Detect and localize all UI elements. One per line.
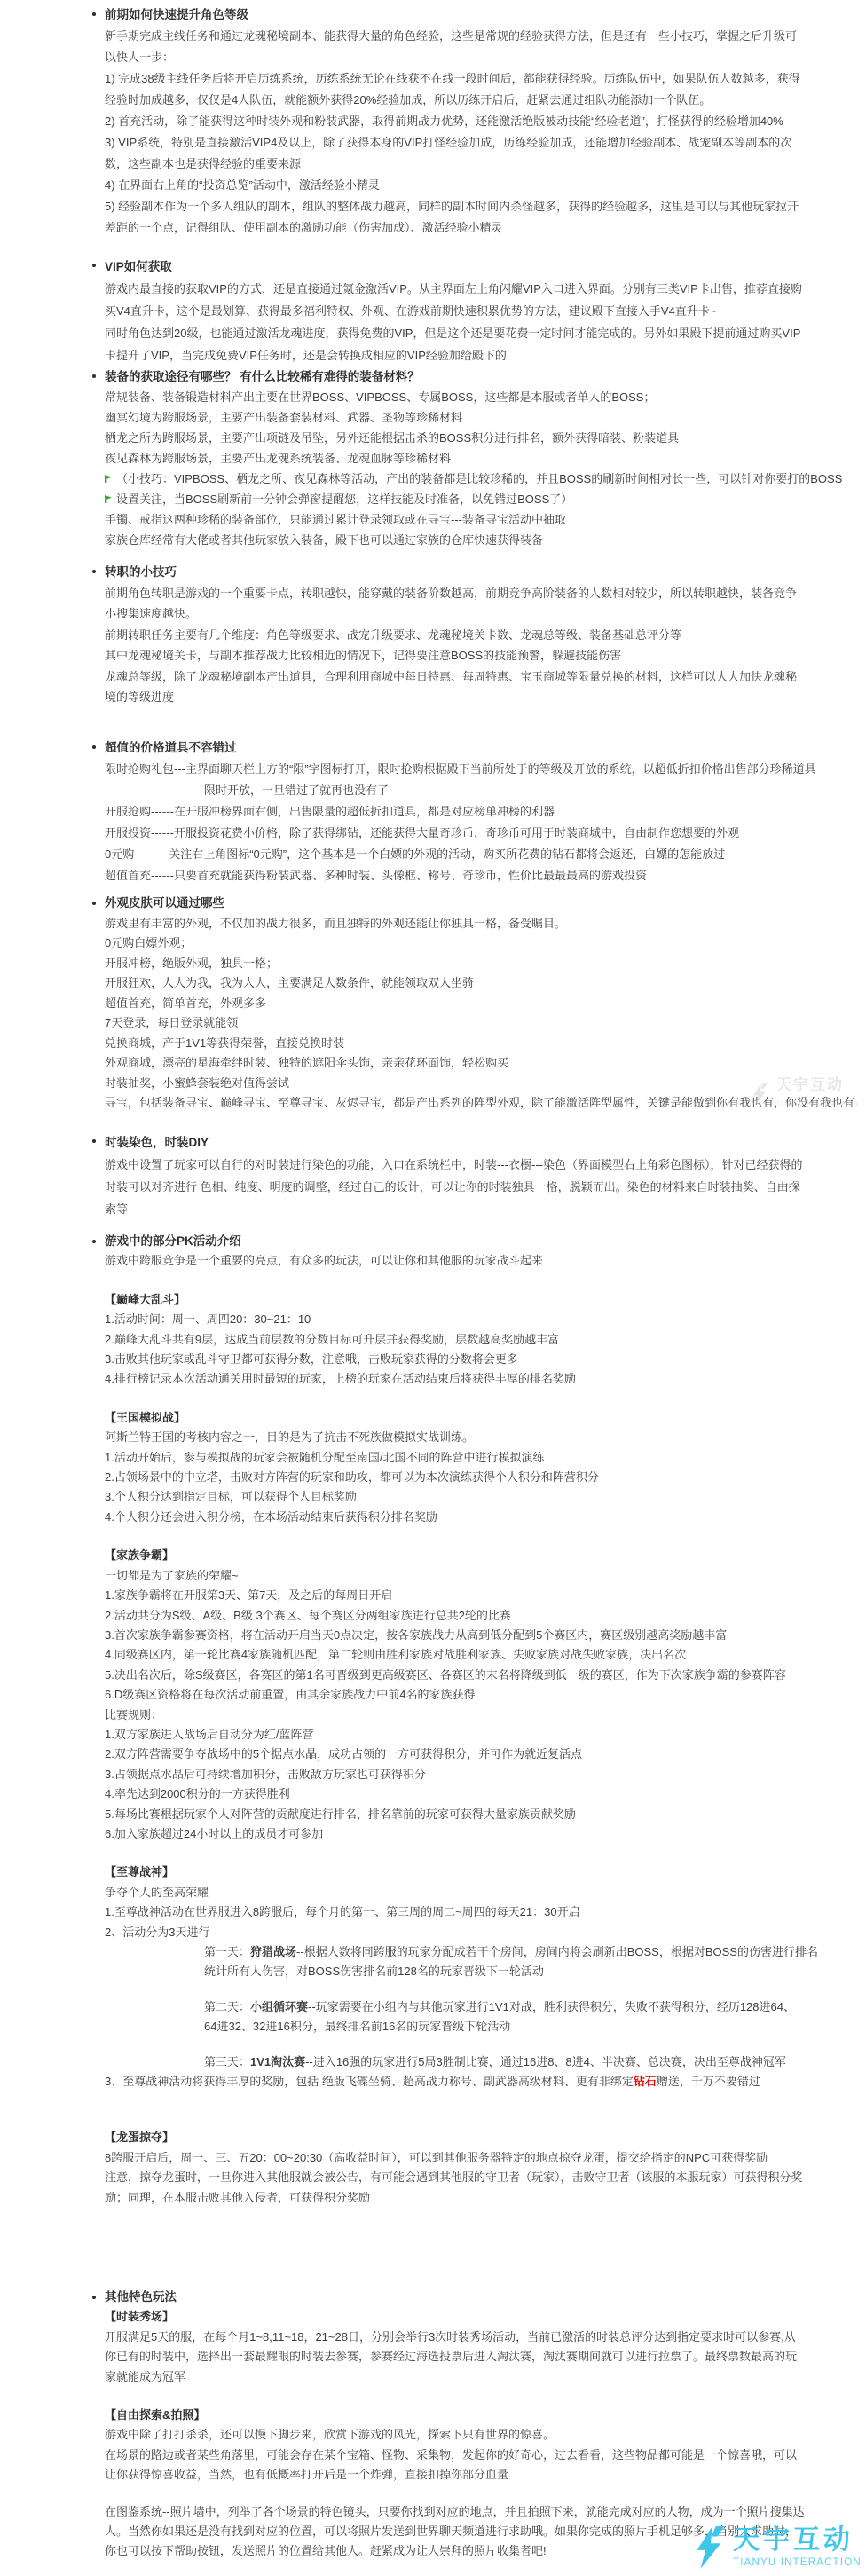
text-line: 3) VIP系统，特别是直接激活VIP4及以上，除了获得本身的VIP打怪经验加成…	[105, 132, 806, 175]
section-title: 装备的获取途径有哪些？ 有什么比较稀有难得的装备材料？	[105, 366, 806, 387]
text-run: 前期转职任务主要有几个维度：角色等级要求、战宠升级要求、龙魂秘境关卡数、龙魂总等…	[105, 628, 681, 642]
text-run: 2.占领场景中的中立塔，击败对方阵营的玩家和助攻，都可以为本次演练获得个人积分和…	[105, 1470, 599, 1484]
text-run: 3.首次家族争霸参赛资格，将在活动开启当天0点决定，按各家族战力从高到低分配到5…	[105, 1628, 727, 1642]
text-run: 夜见森林为跨服场景，主要产出龙魂系统装备、龙魂血脉等珍稀材料	[105, 452, 451, 465]
text-run: 游戏内最直接的获取VIP的方式，还是直接通过氪金激活VIP。从主界面左上角闪耀V…	[105, 282, 802, 318]
text-run: 栖龙之所为跨服场景，主要产出项链及吊坠，另外还能根据击杀的BOSS积分进行排名，…	[105, 431, 679, 445]
text-run: 3.占领据点水晶后可持续增加积分，击败敌方玩家也可获得积分	[105, 1768, 426, 1781]
text-line: 前期角色转职是游戏的一个重要卡点，转职越快，能穿戴的装备阶数越高，前期竞争高阶装…	[105, 583, 806, 625]
text-line: 2.活动共分为S级、A级、B级 3个赛区、每个赛区分两组家族进行总共2轮的比赛	[105, 1606, 806, 1626]
text-run: 2、活动分为3天进行	[105, 1926, 209, 1939]
subsection-header: 【至尊战神】	[105, 1863, 806, 1882]
text-run: 【至尊战神】	[105, 1865, 174, 1879]
text-run: 5.决出名次后，除S级赛区，各赛区的第1名可晋级到更高级赛区、各赛区的末名将降级…	[105, 1668, 786, 1682]
section-title: VIP如何获取	[105, 256, 806, 278]
text-run: --根据人数将同跨服的玩家分配成若干个房间，房间内将会刷新出BOSS，根据对BO…	[296, 1945, 818, 1958]
text-line: 游戏中除了打打杀杀，还可以慢下脚步来，欣赏下游戏的风光，探索下只有世界的惊喜。	[105, 2425, 806, 2445]
text-run: --进入16强的玩家进行5局3胜制比赛，通过16进8、8进4、半决赛、总决赛，决…	[305, 2055, 786, 2068]
text-line: 龙魂总等级，除了龙魂秘境副本产出道具，合理利用商城中每日特惠、每周特惠、宝玉商城…	[105, 666, 806, 708]
text-line: 前期转职任务主要有几个维度：角色等级要求、战宠升级要求、龙魂秘境关卡数、龙魂总等…	[105, 625, 806, 646]
subsection-header: 【时装秀场】	[105, 2307, 806, 2327]
text-run: 4.同级赛区内，第一轮比赛4家族随机匹配，第二轮则由胜利家族对战胜利家族、失败家…	[105, 1648, 686, 1661]
text-line: 3.首次家族争霸参赛资格，将在活动开启当天0点决定，按各家族战力从高到低分配到5…	[105, 1626, 806, 1645]
text-run: 第二天：	[204, 2000, 250, 2013]
text-run: 4.率先达到2000积分的一方获得胜利	[105, 1787, 290, 1800]
text-line: 开服冲榜，绝版外观，独具一格；	[105, 954, 806, 974]
section-title: 游戏中的部分PK活动介绍	[105, 1232, 806, 1251]
text-line: 手镯、戒指这两种珍稀的装备部位，只能通过累计登录领取或在寻宝---装备寻宝活动中…	[105, 509, 806, 530]
text-run: 【家族争霸】	[105, 1548, 174, 1562]
text-run: 游戏里有丰富的外观，不仅加的战力很多，而且独特的外观还能让你独具一格，备受瞩目。	[105, 917, 566, 930]
text-run: 赠送，千万不要错过	[657, 2075, 760, 2088]
text-line: 0元购白嫖外观；	[105, 934, 806, 954]
section-vip: VIP如何获取游戏内最直接的获取VIP的方式，还是直接通过氪金激活VIP。从主界…	[105, 256, 806, 366]
spacer	[105, 1527, 806, 1546]
text-run: 限时开放，一旦错过了就再也没有了	[204, 784, 389, 797]
text-line: 0元购---------关注右上角图标“0元购”，这个基本是一个白嫖的外观的活动…	[105, 844, 806, 865]
spacer	[105, 1982, 806, 1997]
text-line: 游戏中设置了玩家可以自行的对时装进行染色的功能，入口在系统栏中，时装---衣橱-…	[105, 1154, 806, 1220]
text-run: 在场景的路边或者某些角落里，可能会存在某个宝箱、怪物、采集物，发起你的好奇心，过…	[105, 2448, 797, 2481]
text-line: 4) 在界面右上角的“投资总览”活动中，激活经验小精灵	[105, 175, 806, 196]
text-line: 超值首充，简单首充，外观多多	[105, 994, 806, 1014]
text-line: 1.活动时间：周一、周四20：30~21：10	[105, 1310, 806, 1329]
bullet-icon	[92, 1139, 96, 1143]
subsection-header: 【家族争霸】	[105, 1546, 806, 1565]
text-run: 1.至尊战神活动在世界服进入8跨服后，每个月的第一、第三周的周二~周四的每天21…	[105, 1905, 580, 1918]
text-line: 其中龙魂秘境关卡，与副本推荐战力比较相近的情况下，记得要注意BOSS的技能预警，…	[105, 645, 806, 666]
text-run: 统计所有人伤害，对BOSS伤害排名前128名的玩家晋级下一轮活动	[204, 1965, 544, 1978]
section-bargains: 超值的价格道具不容错过限时抢购礼包---主界面聊天栏上方的“限”字图标打开，限时…	[105, 737, 806, 886]
text-run: 小组循环赛	[250, 2000, 308, 2013]
text-run: 钻石	[634, 2075, 657, 2088]
text-line: 第三天：1V1淘汰赛--进入16强的玩家进行5局3胜制比赛，通过16进8、8进4…	[105, 2052, 806, 2072]
text-run: 开服投资------开服投资花费小价格，除了获得绑钻，还能获得大量奇珍币，奇珍币…	[105, 826, 739, 839]
text-line: 1.家族争霸将在开服第3天、第7天，及之后的每周日开启	[105, 1586, 806, 1605]
text-line: 夜见森林为跨服场景，主要产出龙魂系统装备、龙魂血脉等珍稀材料	[105, 448, 806, 469]
text-run: 5.每场比赛根据玩家个人对阵营的贡献度进行排名，排名靠前的玩家可获得大量家族贡献…	[105, 1808, 576, 1821]
text-run: --玩家需要在小组内与其他玩家进行1V1对战，胜利获得积分，失败不获得积分，经历…	[308, 2000, 795, 2013]
text-line: 比赛规则：	[105, 1706, 806, 1725]
text-run: 争夺个人的至高荣耀	[105, 1886, 209, 1899]
text-run: 开服满足5天的服，在每个月1~8,11~18，21~28日，分别会举行3次时装秀…	[105, 2330, 797, 2383]
text-line: 开服满足5天的服，在每个月1~8,11~18，21~28日，分别会举行3次时装秀…	[105, 2328, 806, 2387]
text-run: 新手期完成主线任务和通过龙魂秘境副本、能获得大量的角色经验，这些是常规的经验获得…	[105, 29, 797, 64]
text-line: 64进32、32进16积分，最终排名前16名的玩家晋级下轮活动	[105, 2017, 806, 2036]
section-skins: 外观皮肤可以通过哪些游戏里有丰富的外观，不仅加的战力很多，而且独特的外观还能让你…	[105, 894, 806, 1114]
text-line: 3.占领据点水晶后可持续增加积分，击败敌方玩家也可获得积分	[105, 1765, 806, 1784]
comment-marker-icon	[105, 495, 112, 503]
text-line: 1) 完成38级主线任务后将开启历练系统，历练系统无论在线获不在线一段时间后，都…	[105, 68, 806, 111]
text-line: 6.加入家族超过24小时以上的成员才可参加	[105, 1824, 806, 1844]
subsection-header: 【龙蛋掠夺】	[105, 2128, 806, 2147]
spacer	[105, 2387, 806, 2406]
text-line: 3.个人积分达到指定目标，可以获得个人目标奖励	[105, 1487, 806, 1507]
text-line: 7天登录，每日登录就能领	[105, 1013, 806, 1034]
text-line: 1.活动开始后，参与模拟战的玩家会被随机分配至南国/北国不同的阵营中进行模拟演练	[105, 1448, 806, 1468]
guide-document: 前期如何快速提升角色等级新手期完成主线任务和通过龙魂秘境副本、能获得大量的角色经…	[0, 0, 866, 2576]
bullet-icon	[92, 1240, 96, 1243]
subsection-header: 【巅峰大乱斗】	[105, 1290, 806, 1310]
text-run: 游戏中设置了玩家可以自行的对时装进行染色的功能，入口在系统栏中，时装---衣橱-…	[105, 1158, 802, 1216]
text-run: 【龙蛋掠夺】	[105, 2131, 174, 2144]
text-run: 【自由探索&拍照】	[105, 2408, 205, 2422]
text-line: 阿斯兰特王国的考核内容之一，目的是为了抗击不死族做模拟实战训练。	[105, 1428, 806, 1447]
text-line: 5.决出名次后，除S级赛区，各赛区的第1名可晋级到更高级赛区、各赛区的末名将降级…	[105, 1666, 806, 1685]
bullet-icon	[92, 902, 96, 905]
text-line: 5.每场比赛根据玩家个人对阵营的贡献度进行排名，排名靠前的玩家可获得大量家族贡献…	[105, 1805, 806, 1824]
text-line: 寻宝，包括装备寻宝、巅峰寻宝、至尊寻宝、灰烬寻宝，都是产出系列的阵型外观，除了能…	[105, 1093, 806, 1114]
text-line: 5) 经验副本作为一个多人组队的副本，组队的整体战力越高，同样的副本时间内杀怪越…	[105, 196, 806, 239]
text-run: 3.个人积分达到指定目标，可以获得个人目标奖励	[105, 1490, 357, 1503]
section-job-change: 转职的小技巧前期角色转职是游戏的一个重要卡点，转职越快，能穿戴的装备阶数越高，前…	[105, 562, 806, 708]
text-run: 龙魂总等级，除了龙魂秘境副本产出道具，合理利用商城中每日特惠、每周特惠、宝玉商城…	[105, 670, 797, 705]
text-run: 0元购---------关注右上角图标“0元购”，这个基本是一个白嫖的外观的活动…	[105, 847, 725, 861]
text-line: 超值首充------只要首充就能获得粉装武器、多种时装、头像框、称号、奇珍币，性…	[105, 865, 806, 886]
bullet-icon	[92, 745, 96, 749]
text-run: 1.双方家族进入战场后自动分为红/蓝阵营	[105, 1728, 313, 1741]
text-run: 第三天：	[204, 2055, 250, 2068]
text-line: 游戏里有丰富的外观，不仅加的战力很多，而且独特的外观还能让你独具一格，备受瞩目。	[105, 914, 806, 934]
text-run: 1V1淘汰赛	[250, 2055, 305, 2068]
text-run: 0元购白嫖外观；	[105, 936, 192, 949]
spacer	[105, 1844, 806, 1863]
bullet-icon	[92, 2296, 96, 2299]
text-line: 2.占领场景中的中立塔，击败对方阵营的玩家和助攻，都可以为本次演练获得个人积分和…	[105, 1468, 806, 1487]
text-run: 6.加入家族超过24小时以上的成员才可参加	[105, 1827, 323, 1840]
text-run: 幽冥幻境为跨服场景，主要产出装备套装材料、武器、圣物等珍稀材料	[105, 411, 462, 424]
spacer	[105, 2485, 806, 2502]
text-run: 2.巅峰大乱斗共有9层，达成当前层数的分数目标可升层并获得奖励，层数越高奖励越丰…	[105, 1333, 559, 1346]
text-run: 前期角色转职是游戏的一个重要卡点，转职越快，能穿戴的装备阶数越高，前期竞争高阶装…	[105, 587, 797, 621]
text-run: 限时抢购礼包---主界面聊天栏上方的“限”字图标打开，限时抢购根据殿下当前所处于…	[105, 762, 816, 776]
text-run: 注意，掠夺龙蛋时，一旦你进入其他服就会被公告，有可能会遇到其他服的守卫者（玩家）…	[105, 2170, 803, 2203]
section-title: 超值的价格道具不容错过	[105, 737, 806, 759]
text-run: 7天登录，每日登录就能领	[105, 1016, 238, 1029]
text-line: 3、至尊战神活动将获得丰厚的奖励，包括 绝版飞碟坐骑、超高战力称号、副武器高级材…	[105, 2072, 806, 2092]
text-run: 超值首充，简单首充，外观多多	[105, 997, 266, 1010]
text-line: 第二天：小组循环赛--玩家需要在小组内与其他玩家进行1V1对战，胜利获得积分，失…	[105, 1997, 806, 2017]
text-line: 栖龙之所为跨服场景，主要产出项链及吊坠，另外还能根据击杀的BOSS积分进行排名，…	[105, 428, 806, 448]
text-line: 限时开放，一旦错过了就再也没有了	[105, 780, 806, 801]
text-line: 新手期完成主线任务和通过龙魂秘境副本、能获得大量的角色经验，这些是常规的经验获得…	[105, 26, 806, 68]
text-run: 3.击败其他玩家或乱斗守卫都可获得分数，注意哦，击败玩家获得的分数将会更多	[105, 1352, 518, 1366]
text-run: 外观商城，漂亮的星海牵绊时装、独特的遮阳伞头饰，亲亲花环面饰，轻松购买	[105, 1056, 508, 1069]
text-run: 超值首充------只要首充就能获得粉装武器、多种时装、头像框、称号、奇珍币，性…	[105, 869, 647, 882]
text-line: 第一天：狩猎战场--根据人数将同跨服的玩家分配成若干个房间，房间内将会刷新出BO…	[105, 1942, 806, 1962]
text-run: 其中龙魂秘境关卡，与副本推荐战力比较相近的情况下，记得要注意BOSS的技能预警，…	[105, 649, 621, 662]
text-line: 4.排行榜记录本次活动通关用时最短的玩家，上榜的玩家在活动结束后将获得丰厚的排名…	[105, 1369, 806, 1389]
text-line: 3.击败其他玩家或乱斗守卫都可获得分数，注意哦，击败玩家获得的分数将会更多	[105, 1350, 806, 1369]
text-run: 4) 在界面右上角的“投资总览”活动中，激活经验小精灵	[105, 178, 380, 192]
comment-marker-icon	[105, 475, 112, 483]
text-line: 时装抽奖，小蜜蜂套装绝对值得尝试	[105, 1074, 806, 1094]
bullet-icon	[92, 374, 96, 378]
text-run: 1.活动开始后，参与模拟战的玩家会被随机分配至南国/北国不同的阵营中进行模拟演练	[105, 1451, 544, 1464]
text-line: 开服抢购------在开服冲榜界面右侧，出售限量的超低折扣道具，都是对应榜单冲榜…	[105, 801, 806, 823]
text-line: 争夺个人的至高荣耀	[105, 1883, 806, 1902]
text-line: 常规装备、装备锻造材料产出主要在世界BOSS、VIPBOSS、专属BOSS，这些…	[105, 387, 806, 407]
text-line: 注意，掠夺龙蛋时，一旦你进入其他服就会被公告，有可能会遇到其他服的守卫者（玩家）…	[105, 2168, 806, 2208]
text-line: 4.率先达到2000积分的一方获得胜利	[105, 1784, 806, 1804]
text-line: 游戏中跨服竞争是一个重要的亮点，有众多的玩法，可以让你和其他服的玩家战斗起来	[105, 1251, 806, 1271]
tianyu-logo-icon	[690, 2525, 728, 2570]
brand-cn-text: 天宇互动	[733, 2525, 862, 2556]
text-line: 家族仓库经常有大佬或者其他玩家放入装备，殿下也可以通过家族的仓库快速获得装备	[105, 530, 806, 550]
text-run: 同时角色达到20级，也能通过激活龙魂进度，获得免费的VIP，但是这个还是要花费一…	[105, 327, 800, 362]
section-title: 其他特色玩法	[105, 2288, 806, 2307]
text-line: 同时角色达到20级，也能通过激活龙魂进度，获得免费的VIP，但是这个还是要花费一…	[105, 322, 806, 366]
spacer	[105, 1390, 806, 1408]
subsection-header: 【王国模拟战】	[105, 1408, 806, 1428]
spacer	[105, 2092, 806, 2128]
text-run: 3、至尊战神活动将获得丰厚的奖励，包括 绝版飞碟坐骑、超高战力称号、副武器高级材…	[105, 2075, 634, 2088]
section-title: 前期如何快速提升角色等级	[105, 4, 806, 26]
text-line: 设置关注，当BOSS刷新前一分钟会弹窗提醒您，这样技能及时准备，以免错过BOSS…	[105, 489, 806, 509]
text-line: 开服狂欢，人人为我，我为人人，主要满足人数条件，就能领取双人坐骑	[105, 973, 806, 994]
section-other-features: 其他特色玩法【时装秀场】开服满足5天的服，在每个月1~8,11~18，21~28…	[105, 2288, 806, 2562]
section-dyeing: 时装染色，时装DIY游戏中设置了玩家可以自行的对时装进行染色的功能，入口在系统栏…	[105, 1131, 806, 1220]
text-run: 4.个人积分还会进入积分榜，在本场活动结束后获得积分排名奖励	[105, 1510, 437, 1524]
text-run: 4.排行榜记录本次活动通关用时最短的玩家，上榜的玩家在活动结束后将获得丰厚的排名…	[105, 1372, 576, 1385]
text-run: 第一天：	[204, 1945, 250, 1958]
text-run: 寻宝，包括装备寻宝、巅峰寻宝、至尊寻宝、灰烬寻宝，都是产出系列的阵型外观，除了能…	[105, 1096, 854, 1109]
text-run: 狩猎战场	[250, 1945, 296, 1958]
text-run: 比赛规则：	[105, 1708, 162, 1721]
text-line: 2.双方阵营需要争夺战场中的5个据点水晶，成功占领的一方可获得积分，并可作为就近…	[105, 1745, 806, 1764]
text-run: 64进32、32进16积分，最终排名前16名的玩家晋级下轮活动	[204, 2020, 510, 2033]
text-run: （小技巧：VIPBOSS、栖龙之所、夜见森林等活动，产出的装备都是比较珍稀的，并…	[116, 472, 842, 485]
text-line: 在场景的路边或者某些角落里，可能会存在某个宝箱、怪物、采集物，发起你的好奇心，过…	[105, 2446, 806, 2485]
brand-logo: 天宇互动 TIANYU INTERACTION	[690, 2525, 866, 2570]
bullet-icon	[92, 12, 96, 16]
text-line: 幽冥幻境为跨服场景，主要产出装备套装材料、武器、圣物等珍稀材料	[105, 407, 806, 428]
text-run: 家族仓库经常有大佬或者其他玩家放入装备，殿下也可以通过家族的仓库快速获得装备	[105, 533, 543, 547]
text-run: 5) 经验副本作为一个多人组队的副本，组队的整体战力越高，同样的副本时间内杀怪越…	[105, 200, 799, 234]
text-run: 一切都是为了家族的荣耀~	[105, 1569, 239, 1582]
text-line: 开服投资------开服投资花费小价格，除了获得绑钻，还能获得大量奇珍币，奇珍币…	[105, 823, 806, 844]
text-run: 1) 完成38级主线任务后将开启历练系统，历练系统无论在线获不在线一段时间后，都…	[105, 72, 800, 106]
text-line: 统计所有人伤害，对BOSS伤害排名前128名的玩家晋级下一轮活动	[105, 1962, 806, 1981]
spacer	[105, 2037, 806, 2052]
text-run: 手镯、戒指这两种珍稀的装备部位，只能通过累计登录领取或在寻宝---装备寻宝活动中…	[105, 513, 566, 526]
text-run: 阿斯兰特王国的考核内容之一，目的是为了抗击不死族做模拟实战训练。	[105, 1430, 474, 1444]
section-title: 转职的小技巧	[105, 562, 806, 583]
text-run: 2) 首充活动，除了能获得这种时装外观和粉装武器，取得前期战力优势，还能激活绝版…	[105, 114, 783, 128]
text-run: 1.活动时间：周一、周四20：30~21：10	[105, 1312, 311, 1326]
section-pk-events: 游戏中的部分PK活动介绍游戏中跨服竞争是一个重要的亮点，有众多的玩法，可以让你和…	[105, 1232, 806, 2208]
bullet-icon	[92, 570, 96, 573]
text-line: 游戏内最直接的获取VIP的方式，还是直接通过氪金激活VIP。从主界面左上角闪耀V…	[105, 278, 806, 322]
text-line: 4.个人积分还会进入积分榜，在本场活动结束后获得积分排名奖励	[105, 1508, 806, 1527]
brand-en-text: TIANYU INTERACTION	[733, 2557, 862, 2568]
text-line: 1.双方家族进入战场后自动分为红/蓝阵营	[105, 1725, 806, 1745]
text-line: 8跨服开启后，周一、三、五20：00~20:30（高收益时间），可以到其他服务器…	[105, 2148, 806, 2168]
text-run: 【时装秀场】	[105, 2310, 174, 2323]
text-run: 开服冲榜，绝版外观，独具一格；	[105, 957, 278, 970]
text-line: 4.同级赛区内，第一轮比赛4家族随机匹配，第二轮则由胜利家族对战胜利家族、失败家…	[105, 1645, 806, 1665]
text-line: 1.至尊战神活动在世界服进入8跨服后，每个月的第一、第三周的周二~周四的每天21…	[105, 1902, 806, 1922]
text-run: 【王国模拟战】	[105, 1411, 185, 1424]
section-equipment: 装备的获取途径有哪些？ 有什么比较稀有难得的装备材料？常规装备、装备锻造材料产出…	[105, 366, 806, 550]
spacer	[105, 1272, 806, 1290]
text-line: 2) 首充活动，除了能获得这种时装外观和粉装武器，取得前期战力优势，还能激活绝版…	[105, 111, 806, 132]
section-title: 外观皮肤可以通过哪些	[105, 894, 806, 914]
text-line: 2.巅峰大乱斗共有9层，达成当前层数的分数目标可升层并获得奖励，层数越高奖励越丰…	[105, 1330, 806, 1350]
text-run: 时装抽奖，小蜜蜂套装绝对值得尝试	[105, 1076, 289, 1090]
section-title: 时装染色，时装DIY	[105, 1131, 806, 1154]
text-line: 兑换商城，产于1V1等获得荣誉，直接兑换时装	[105, 1034, 806, 1054]
text-line: 外观商城，漂亮的星海牵绊时装、独特的遮阳伞头饰，亲亲花环面饰，轻松购买	[105, 1053, 806, 1074]
text-run: 【巅峰大乱斗】	[105, 1293, 185, 1306]
text-line: 6.D级赛区资格将在每次活动前重置，由其余家族战力中前4名的家族获得	[105, 1685, 806, 1705]
subsection-header: 【自由探索&拍照】	[105, 2406, 806, 2425]
text-run: 常规装备、装备锻造材料产出主要在世界BOSS、VIPBOSS、专属BOSS，这些…	[105, 390, 655, 404]
text-run: 2.双方阵营需要争夺战场中的5个据点水晶，成功占领的一方可获得积分，并可作为就近…	[105, 1747, 582, 1761]
text-run: 开服抢购------在开服冲榜界面右侧，出售限量的超低折扣道具，都是对应榜单冲榜…	[105, 805, 555, 818]
text-run: 兑换商城，产于1V1等获得荣誉，直接兑换时装	[105, 1036, 344, 1050]
text-run: 1.家族争霸将在开服第3天、第7天，及之后的每周日开启	[105, 1588, 392, 1602]
text-run: 游戏中跨服竞争是一个重要的亮点，有众多的玩法，可以让你和其他服的玩家战斗起来	[105, 1254, 543, 1267]
text-run: 设置关注，当BOSS刷新前一分钟会弹窗提醒您，这样技能及时准备，以免错过BOSS…	[116, 492, 572, 506]
text-run: 游戏中除了打打杀杀，还可以慢下脚步来，欣赏下游戏的风光，探索下只有世界的惊喜。	[105, 2428, 555, 2441]
text-run: 6.D级赛区资格将在每次活动前重置，由其余家族战力中前4名的家族获得	[105, 1688, 475, 1701]
section-leveling: 前期如何快速提升角色等级新手期完成主线任务和通过龙魂秘境副本、能获得大量的角色经…	[105, 4, 806, 239]
text-line: 一切都是为了家族的荣耀~	[105, 1566, 806, 1586]
text-run: 开服狂欢，人人为我，我为人人，主要满足人数条件，就能领取双人坐骑	[105, 976, 474, 989]
text-run: 8跨服开启后，周一、三、五20：00~20:30（高收益时间），可以到其他服务器…	[105, 2151, 768, 2164]
text-line: 2、活动分为3天进行	[105, 1923, 806, 1942]
bullet-icon	[92, 264, 96, 267]
text-line: 限时抢购礼包---主界面聊天栏上方的“限”字图标打开，限时抢购根据殿下当前所处于…	[105, 759, 806, 780]
text-line: （小技巧：VIPBOSS、栖龙之所、夜见森林等活动，产出的装备都是比较珍稀的，并…	[105, 469, 806, 489]
text-run: 2.活动共分为S级、A级、B级 3个赛区、每个赛区分两组家族进行总共2轮的比赛	[105, 1609, 511, 1622]
text-run: 3) VIP系统，特别是直接激活VIP4及以上，除了获得本身的VIP打怪经验加成…	[105, 136, 791, 170]
